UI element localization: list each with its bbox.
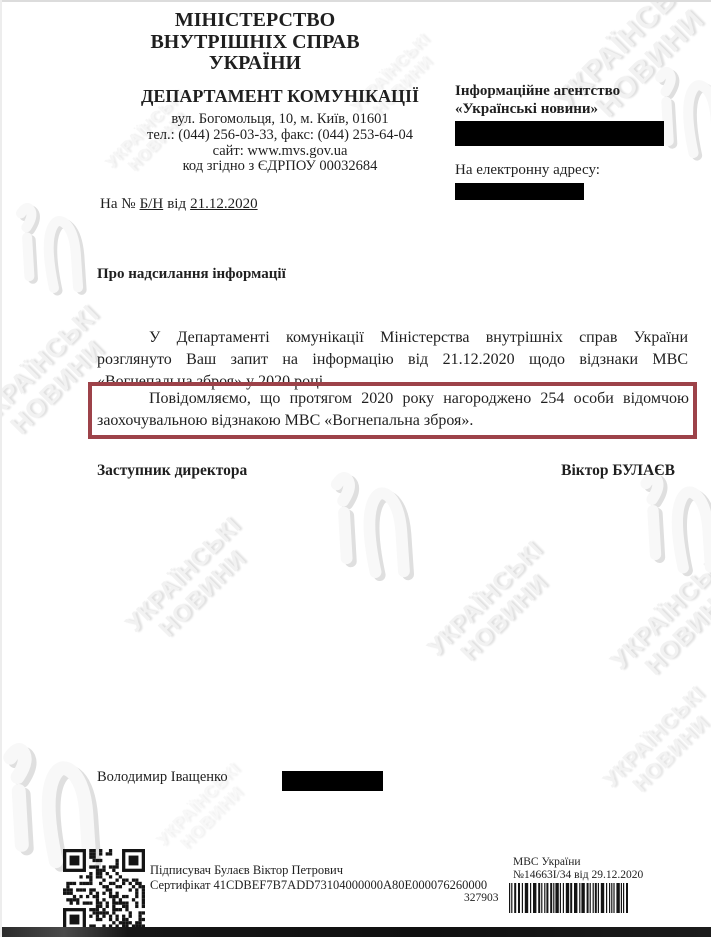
watermark-text: УКРАЇНСЬКІ НОВИНИ xyxy=(121,513,266,658)
highlight-line: Повідомляємо, що протягом 2020 року наго… xyxy=(97,388,689,410)
ministry-line: УКРАЇНИ xyxy=(95,53,415,75)
signer-position: Заступник директора xyxy=(97,462,247,480)
ref-mid: від xyxy=(167,196,186,212)
page-bottom-edge xyxy=(0,927,711,937)
registration-stamp: МВС України №14663І/34 від 29.12.2020 xyxy=(513,856,643,881)
redaction-box xyxy=(455,183,584,200)
news-agency-logo-watermark-icon xyxy=(309,455,427,594)
watermark-text: УКРАЇНСЬКІ НОВИНИ xyxy=(423,537,568,682)
stamp-number: №14663І/34 від 29.12.2020 xyxy=(513,869,643,882)
watermark-text: УКРАЇНСЬКІ НОВИНИ xyxy=(599,682,711,809)
body-line: У Департаменті комунікації Міністерства … xyxy=(97,327,688,349)
highlighted-answer-box: Повідомляємо, що протягом 2020 року наго… xyxy=(88,382,697,439)
stamp-org: МВС України xyxy=(513,856,643,869)
news-agency-logo-watermark-icon xyxy=(0,189,98,306)
executor-name: Володимир Іващенко xyxy=(97,769,228,786)
digital-signer-line: Підписувач Булаєв Віктор Петрович xyxy=(150,863,487,878)
contact-block: вул. Богомольця, 10, м. Київ, 01601 тел.… xyxy=(85,112,475,175)
certificate-line: Сертифікат 41CDBEF7B7ADD73104000000A80E0… xyxy=(150,878,487,893)
email-label: На електронну адресу: xyxy=(455,162,600,179)
highlight-line: заохочувальною відзнакою МВС «Вогнепальн… xyxy=(97,410,689,432)
phone-fax-line: тел.: (044) 256-03-33, факс: (044) 253-6… xyxy=(85,128,475,144)
barcode xyxy=(509,883,631,913)
barcode-digits: 327903 xyxy=(464,892,499,904)
redaction-box xyxy=(455,121,664,146)
ref-prefix: На № xyxy=(100,196,136,212)
redaction-box xyxy=(282,771,383,791)
body-line: розглянуто Ваш запит на інформацію від 2… xyxy=(97,349,688,371)
reference-line: На №Б/Нвід21.12.2020 xyxy=(100,196,262,213)
recipient-agency: Інформаційне агентство «Українські новин… xyxy=(455,82,705,118)
subject-line: Про надсилання інформації xyxy=(97,266,286,283)
digital-signature-block: Підписувач Булаєв Віктор Петрович Сертиф… xyxy=(150,863,487,893)
department-name: ДЕПАРТАМЕНТ КОМУНІКАЦІЇ xyxy=(85,86,475,107)
ref-date: 21.12.2020 xyxy=(190,196,258,212)
ministry-line: МІНІСТЕРСТВО xyxy=(95,10,415,32)
address-line: вул. Богомольця, 10, м. Київ, 01601 xyxy=(85,112,475,128)
edrpou-line: код згідно з ЄДРПОУ 00032684 xyxy=(85,159,475,175)
scanned-letter-page: УКРАЇНСЬКІ НОВИНИ УКРАЇНСЬКІ НОВИНИ УКРА… xyxy=(0,0,711,937)
ministry-name: МІНІСТЕРСТВО ВНУТРІШНІХ СПРАВ УКРАЇНИ xyxy=(95,10,415,75)
ministry-line: ВНУТРІШНІХ СПРАВ xyxy=(95,32,415,54)
ref-number: Б/Н xyxy=(140,196,164,212)
signer-name: Віктор БУЛАЄВ xyxy=(561,462,675,480)
agency-line: Інформаційне агентство xyxy=(455,82,705,100)
website-line: сайт: www.mvs.gov.ua xyxy=(85,144,475,160)
qr-code xyxy=(63,849,145,931)
agency-line: «Українські новини» xyxy=(455,100,705,118)
